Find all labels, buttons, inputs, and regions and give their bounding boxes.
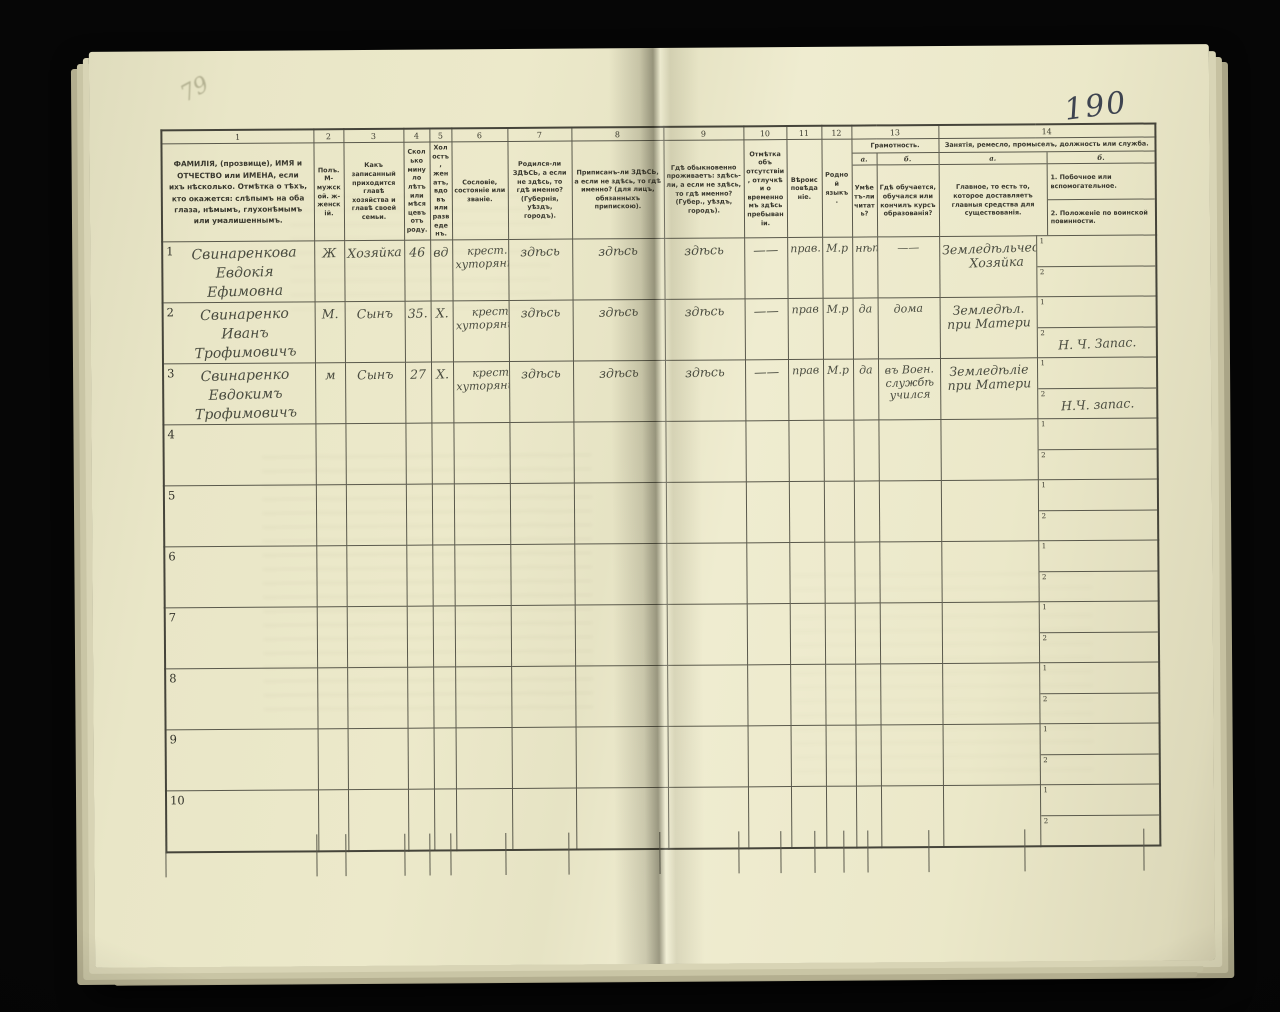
row-number: 1 xyxy=(166,244,173,258)
table-row: 2 Свинаренко Иванъ Трофимовичъ М. Сынъ 3… xyxy=(163,296,1157,364)
cell-registered xyxy=(575,604,667,666)
cell-language xyxy=(826,725,856,786)
cell-age xyxy=(406,484,432,545)
cell-marital xyxy=(431,423,453,484)
cell-registered xyxy=(575,665,667,727)
header-age: Сколько минуло лѣтъ или мѣсяцевъ отъ род… xyxy=(403,142,430,240)
table-row: 8 1 2 xyxy=(165,662,1159,730)
military-status-value xyxy=(1038,447,1157,460)
subcol-letter: а. xyxy=(939,152,1046,165)
cell-age: 35. xyxy=(405,301,431,362)
cell-literate: да xyxy=(853,359,878,420)
cell-relation xyxy=(347,606,407,667)
col-number: 11 xyxy=(786,126,821,140)
cell-literate: да xyxy=(853,298,878,359)
cell-sex: м xyxy=(315,363,345,424)
cell-resides: здѣсь xyxy=(664,238,744,300)
military-subcell: 2 Н.Ч. запас. xyxy=(1038,388,1157,418)
cell-age xyxy=(408,728,434,789)
cell-estate: крест. хуторянинъ xyxy=(453,301,509,362)
cell-relation: Сынъ xyxy=(345,362,405,423)
military-subcell: 2 xyxy=(1039,571,1158,601)
cell-age: 27 xyxy=(405,362,431,423)
row-number: 5 xyxy=(168,488,175,502)
cell-language: М.р xyxy=(822,237,852,298)
side-occupation-value xyxy=(1040,662,1159,673)
cell-sex xyxy=(318,729,348,790)
col-number: 8 xyxy=(571,127,663,141)
side-occupation-subcell: 1 xyxy=(1038,419,1157,450)
military-status-value xyxy=(1037,264,1156,277)
table-row: 9 1 2 xyxy=(166,723,1160,791)
col-number: 1 xyxy=(161,129,313,144)
cell-born xyxy=(511,605,575,666)
military-status-value xyxy=(1040,752,1159,765)
photo-background: 79 190 1 2 3 4 5 6 7 8 9 xyxy=(0,0,1280,1012)
cell-sex xyxy=(316,485,346,546)
header-language: Родной языкъ. xyxy=(821,139,852,237)
side-occupation-subcell: 1 xyxy=(1040,724,1159,755)
cell-resides: здѣсь xyxy=(665,299,745,361)
cell-marital xyxy=(433,606,455,667)
cell-estate xyxy=(454,545,510,606)
cell-occupation-side: 1 2 xyxy=(1040,723,1160,785)
cell-born xyxy=(510,483,574,544)
cell-resides xyxy=(667,665,747,727)
cell-marital: Х. xyxy=(431,301,453,362)
side-occupation-value xyxy=(1037,296,1156,307)
cell-absence xyxy=(747,604,790,665)
cell-registered xyxy=(573,421,665,483)
cell-absence: —— xyxy=(745,360,788,421)
cell-occupation-main xyxy=(940,419,1037,481)
cell-occupation-side: 1 2 xyxy=(1039,662,1159,724)
cell-relation xyxy=(346,545,406,606)
cell-absence xyxy=(747,665,790,726)
military-subcell: 2 xyxy=(1039,632,1158,662)
col-number: 2 xyxy=(313,129,343,143)
row-number: 2 xyxy=(167,305,174,319)
col-number: 10 xyxy=(743,126,786,140)
header-occupation-group: Занятія, ремесло, промыселъ, должность и… xyxy=(938,137,1156,237)
cell-resides xyxy=(666,543,746,605)
page-number: 190 xyxy=(1062,85,1129,128)
side-occupation-value xyxy=(1038,418,1157,429)
cell-literate xyxy=(855,664,880,725)
corner-scribble: 79 xyxy=(177,72,214,107)
cell-religion: прав. xyxy=(787,237,822,298)
census-table: 1 2 3 4 5 6 7 8 9 10 11 12 13 14 ФАМИЛІЯ… xyxy=(160,122,1161,852)
cell-marital xyxy=(432,545,454,606)
cell-marital xyxy=(434,728,456,789)
cell-language xyxy=(824,481,854,542)
header-literacy-group: Грамотность. а. Умѣетъ-ли читать? б. Гдѣ… xyxy=(851,138,939,237)
cell-name: 4 xyxy=(163,424,315,486)
row-number: 6 xyxy=(168,549,175,563)
cell-absence: —— xyxy=(744,238,787,299)
cell-sex xyxy=(317,607,347,668)
cell-marital xyxy=(433,667,455,728)
cell-name: 3 Свинаренко Евдокимъ Трофимовичъ xyxy=(163,363,315,425)
row-number: 8 xyxy=(169,671,176,685)
cell-occupation-main xyxy=(941,480,1038,542)
cell-educated: —— xyxy=(877,237,939,298)
cell-relation xyxy=(348,728,408,789)
subcol-option-1: 1. Побочное или вспомогательное. xyxy=(1047,164,1154,200)
cell-relation xyxy=(346,484,406,545)
row-number: 9 xyxy=(170,732,177,746)
cell-absence xyxy=(748,726,791,787)
table-row: 3 Свинаренко Евдокимъ Трофимовичъ м Сынъ… xyxy=(163,357,1157,425)
header-name: ФАМИЛІЯ, (прозвище), ИМЯ и ОТЧЕСТВО или … xyxy=(161,143,314,242)
literacy-subcol-b: б. Гдѣ обучается, обучался или кончилъ к… xyxy=(876,153,939,236)
cell-name: 8 xyxy=(165,668,317,730)
cell-estate xyxy=(453,423,509,484)
book-spread: 79 190 1 2 3 4 5 6 7 8 9 xyxy=(89,44,1215,968)
cell-language xyxy=(823,420,853,481)
col-number: 7 xyxy=(507,128,571,142)
cell-age xyxy=(407,606,433,667)
cell-occupation-side: 1 2 xyxy=(1036,235,1156,297)
header-resides: Гдѣ обыкновенно проживаетъ: здѣсь-ли, а … xyxy=(663,140,744,239)
side-occupation-subcell: 1 xyxy=(1037,358,1156,389)
table-row: 4 1 2 xyxy=(163,418,1157,486)
cell-name: 6 xyxy=(164,546,316,608)
cell-estate xyxy=(456,728,512,789)
row-number: 10 xyxy=(170,793,185,807)
cell-age xyxy=(406,545,432,606)
col-number: 4 xyxy=(403,129,429,143)
cell-marital: вд xyxy=(430,240,452,301)
cell-age xyxy=(407,667,433,728)
row-number: 7 xyxy=(169,610,176,624)
cell-born: здѣсь xyxy=(508,239,572,300)
table-row: 5 1 2 xyxy=(164,479,1158,547)
cell-relation: Хозяйка xyxy=(344,240,404,301)
military-status-value xyxy=(1041,813,1160,826)
cell-born xyxy=(512,727,576,788)
side-occupation-subcell: 1 xyxy=(1040,785,1159,816)
col-number: 13 xyxy=(851,125,938,139)
col-number: 5 xyxy=(429,128,451,142)
cell-born: здѣсь xyxy=(509,300,573,361)
occupation-subcol-a: а. Главное, то есть то, которое доставля… xyxy=(939,152,1047,236)
cell-registered: здѣсь xyxy=(573,360,665,422)
cell-occupation-side: 1 2 xyxy=(1038,540,1158,602)
cell-occupation-main xyxy=(942,602,1039,664)
cell-literate xyxy=(856,725,881,786)
subcol-letter: б. xyxy=(1047,151,1154,164)
cell-language: М.р xyxy=(823,359,853,420)
cell-sex xyxy=(317,668,347,729)
cell-occupation-side: 1 2 xyxy=(1037,418,1157,480)
side-occupation-value xyxy=(1038,479,1157,490)
cell-literate xyxy=(854,481,879,542)
subcol-letter: б. xyxy=(877,153,938,166)
military-status-value xyxy=(1040,691,1159,704)
cell-estate xyxy=(455,606,511,667)
cell-language: М.р xyxy=(823,298,853,359)
row-number: 3 xyxy=(167,366,174,380)
military-status-value xyxy=(1038,508,1157,521)
side-occupation-value xyxy=(1039,540,1158,551)
cell-language xyxy=(824,542,854,603)
cell-educated xyxy=(879,481,941,542)
cell-name: 2 Свинаренко Иванъ Трофимовичъ xyxy=(163,302,315,364)
occupation-subcol-b: б. 1. Побочное или вспомогательное. 2. П… xyxy=(1046,151,1155,235)
header-absence: Отмѣтка объ отсутствіи, отлучкѣ и о врем… xyxy=(743,140,787,238)
row-number: 4 xyxy=(167,427,174,441)
column-header-row: ФАМИЛІЯ, (прозвище), ИМЯ и ОТЧЕСТВО или … xyxy=(161,137,1156,242)
table-row: 6 1 2 xyxy=(164,540,1158,608)
cell-literate xyxy=(854,542,879,603)
person-name: Свинаренко Иванъ Трофимовичъ xyxy=(179,304,311,364)
header-religion: Вѣроисповѣданіе. xyxy=(786,139,822,237)
cell-literate: нѣт xyxy=(852,237,877,298)
header-marital: Холостъ, женатъ, вдовъ или разведенъ. xyxy=(429,142,452,240)
col-number: 12 xyxy=(821,126,851,140)
cell-educated xyxy=(881,725,943,786)
cell-name: 7 xyxy=(165,607,317,669)
military-status-value xyxy=(1039,630,1158,643)
cell-occupation-main: Земледѣліе при Матери xyxy=(940,358,1037,420)
header-estate: Сословіе, состояніе или званіе. xyxy=(451,142,508,240)
cell-religion xyxy=(789,481,824,542)
cell-literate xyxy=(855,603,880,664)
cell-religion xyxy=(788,420,823,481)
cell-occupation-side: 1 2 Н.Ч. запас. xyxy=(1037,357,1157,419)
subcol-label: Главное, то есть то, которое доставляетъ… xyxy=(939,164,1047,235)
cell-resides xyxy=(666,482,746,544)
cell-resides: здѣсь xyxy=(665,360,745,422)
cell-estate xyxy=(454,484,510,545)
table-row: 1 Свинаренкова Евдокія Ефимовна Ж Хозяйк… xyxy=(162,235,1156,303)
cell-resides xyxy=(668,726,748,788)
cell-sex: Ж xyxy=(314,241,344,302)
cell-occupation-side: 1 2 xyxy=(1038,479,1158,541)
subcol-label: Умѣетъ-ли читать? xyxy=(852,166,876,237)
col-number: 6 xyxy=(451,128,507,142)
cell-age: 46 xyxy=(404,240,430,301)
cell-occupation-side: 1 2 Н. Ч. Запас. xyxy=(1037,296,1157,358)
column-line-extensions xyxy=(165,829,1144,878)
cell-name: 9 xyxy=(166,729,318,791)
header-sex: Полъ. М-мужской. ж-женскій. xyxy=(313,143,344,241)
cell-educated xyxy=(880,664,942,725)
cell-occupation-side: 1 2 xyxy=(1039,601,1159,663)
subcol-letter: а. xyxy=(852,153,876,166)
cell-educated xyxy=(879,542,941,603)
cell-name: 5 xyxy=(164,485,316,547)
cell-occupation-main: Земледѣл. при Матери xyxy=(940,297,1037,359)
cell-absence xyxy=(746,482,789,543)
cell-educated: въ Воен. службѣ учился xyxy=(878,359,940,420)
military-subcell: 2 xyxy=(1037,266,1156,296)
subcol-option-2: 2. Положеніе по воинской повинности. xyxy=(1048,199,1155,236)
cell-relation: Сынъ xyxy=(345,301,405,362)
side-occupation-value xyxy=(1040,784,1159,795)
cell-language xyxy=(825,603,855,664)
header-registered: Приписанъ-ли ЗДѢСЬ, а если не здѣсь, то … xyxy=(571,140,664,239)
cell-marital xyxy=(432,484,454,545)
cell-absence: —— xyxy=(745,299,788,360)
cell-occupation-main: Земледѣльческ. Хозяйка xyxy=(939,236,1036,298)
cell-absence xyxy=(746,543,789,604)
col-number: 3 xyxy=(343,129,403,143)
cell-name: 1 Свинаренкова Евдокія Ефимовна xyxy=(162,241,314,303)
cell-sex xyxy=(316,546,346,607)
cell-language xyxy=(825,664,855,725)
cell-registered: здѣсь xyxy=(573,299,665,361)
col-number: 9 xyxy=(663,126,743,140)
cell-resides xyxy=(667,604,747,666)
cell-born xyxy=(510,544,574,605)
table-row: 7 1 2 xyxy=(165,601,1159,669)
cell-registered xyxy=(574,482,666,544)
cell-occupation-main xyxy=(942,663,1039,725)
side-occupation-value xyxy=(1037,235,1156,246)
cell-estate xyxy=(455,667,511,728)
cell-marital: Х. xyxy=(431,362,453,423)
cell-sex: М. xyxy=(315,302,345,363)
side-occupation-subcell: 1 xyxy=(1038,480,1157,511)
side-occupation-value xyxy=(1039,601,1158,612)
cell-religion: прав xyxy=(788,359,823,420)
military-status-value xyxy=(1039,569,1158,582)
cell-absence xyxy=(745,421,788,482)
literacy-subcol-a: а. Умѣетъ-ли читать? xyxy=(852,153,877,236)
header-relation: Какъ записанный приходится главѣ хозяйст… xyxy=(343,142,404,240)
side-occupation-subcell: 1 xyxy=(1039,541,1158,572)
military-subcell: 2 xyxy=(1040,754,1159,784)
cell-born xyxy=(509,422,573,483)
side-occupation-subcell: 1 xyxy=(1040,663,1159,694)
literacy-title: Грамотность. xyxy=(852,139,938,153)
subcol-label: Гдѣ обучается, обучался или кончилъ курс… xyxy=(877,165,938,236)
person-name: Свинаренко Евдокимъ Трофимовичъ xyxy=(179,365,311,425)
cell-registered xyxy=(574,543,666,605)
cell-relation xyxy=(347,667,407,728)
military-subcell: 2 xyxy=(1040,693,1159,723)
cell-educated xyxy=(880,603,942,664)
side-occupation-value xyxy=(1037,357,1156,368)
military-subcell: 2 xyxy=(1038,449,1157,479)
military-subcell: 2 Н. Ч. Запас. xyxy=(1037,327,1156,357)
cell-registered xyxy=(576,726,668,788)
cell-educated xyxy=(878,420,940,481)
cell-religion xyxy=(790,664,825,725)
cell-estate: крест. хуторянка xyxy=(452,240,508,301)
header-born: Родился-ли ЗДѢСЬ, а если не здѣсь, то гд… xyxy=(507,141,572,239)
cell-occupation-main xyxy=(943,724,1040,786)
side-occupation-subcell: 1 xyxy=(1037,297,1156,328)
cell-relation xyxy=(345,423,405,484)
cell-age xyxy=(405,423,431,484)
person-name: Свинаренкова Евдокія Ефимовна xyxy=(179,243,311,303)
side-occupation-subcell: 1 xyxy=(1037,236,1156,267)
cell-born: здѣсь xyxy=(509,361,573,422)
cell-religion xyxy=(790,603,825,664)
side-occupation-subcell: 1 xyxy=(1039,602,1158,633)
side-occupation-value xyxy=(1040,723,1159,734)
cell-religion xyxy=(789,542,824,603)
cell-educated: дома xyxy=(878,298,940,359)
cell-occupation-main xyxy=(941,541,1038,603)
cell-resides xyxy=(665,421,745,483)
cell-born xyxy=(511,666,575,727)
cell-religion: прав xyxy=(788,298,823,359)
cell-sex xyxy=(315,424,345,485)
cell-estate: крест. хуторянинъ xyxy=(453,362,509,423)
cell-registered: здѣсь xyxy=(572,238,664,300)
military-status-value: Н. Ч. Запас. xyxy=(1037,325,1156,353)
cell-religion xyxy=(791,725,826,786)
military-subcell: 2 xyxy=(1039,510,1158,540)
cell-literate xyxy=(853,420,878,481)
military-status-value: Н.Ч. запас. xyxy=(1037,386,1156,414)
